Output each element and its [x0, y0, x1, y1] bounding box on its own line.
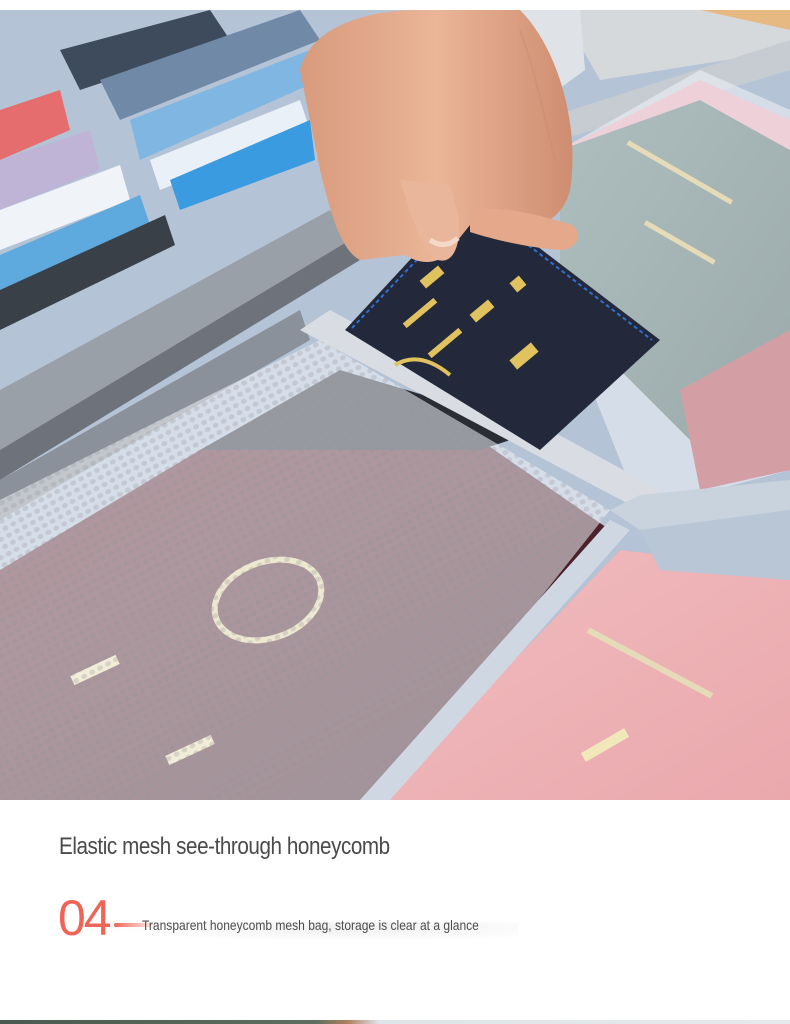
feature-number: 04 — [58, 890, 110, 946]
section-title: Elastic mesh see-through honeycomb — [59, 833, 390, 861]
feature-description: Transparent honeycomb mesh bag, storage … — [142, 917, 479, 933]
product-photo — [0, 10, 790, 800]
feature-callout: 04 Transparent honeycomb mesh bag, stora… — [58, 890, 498, 950]
product-photo-illustration — [0, 10, 790, 800]
next-section-photo-edge — [0, 1020, 790, 1024]
hand — [300, 10, 578, 262]
